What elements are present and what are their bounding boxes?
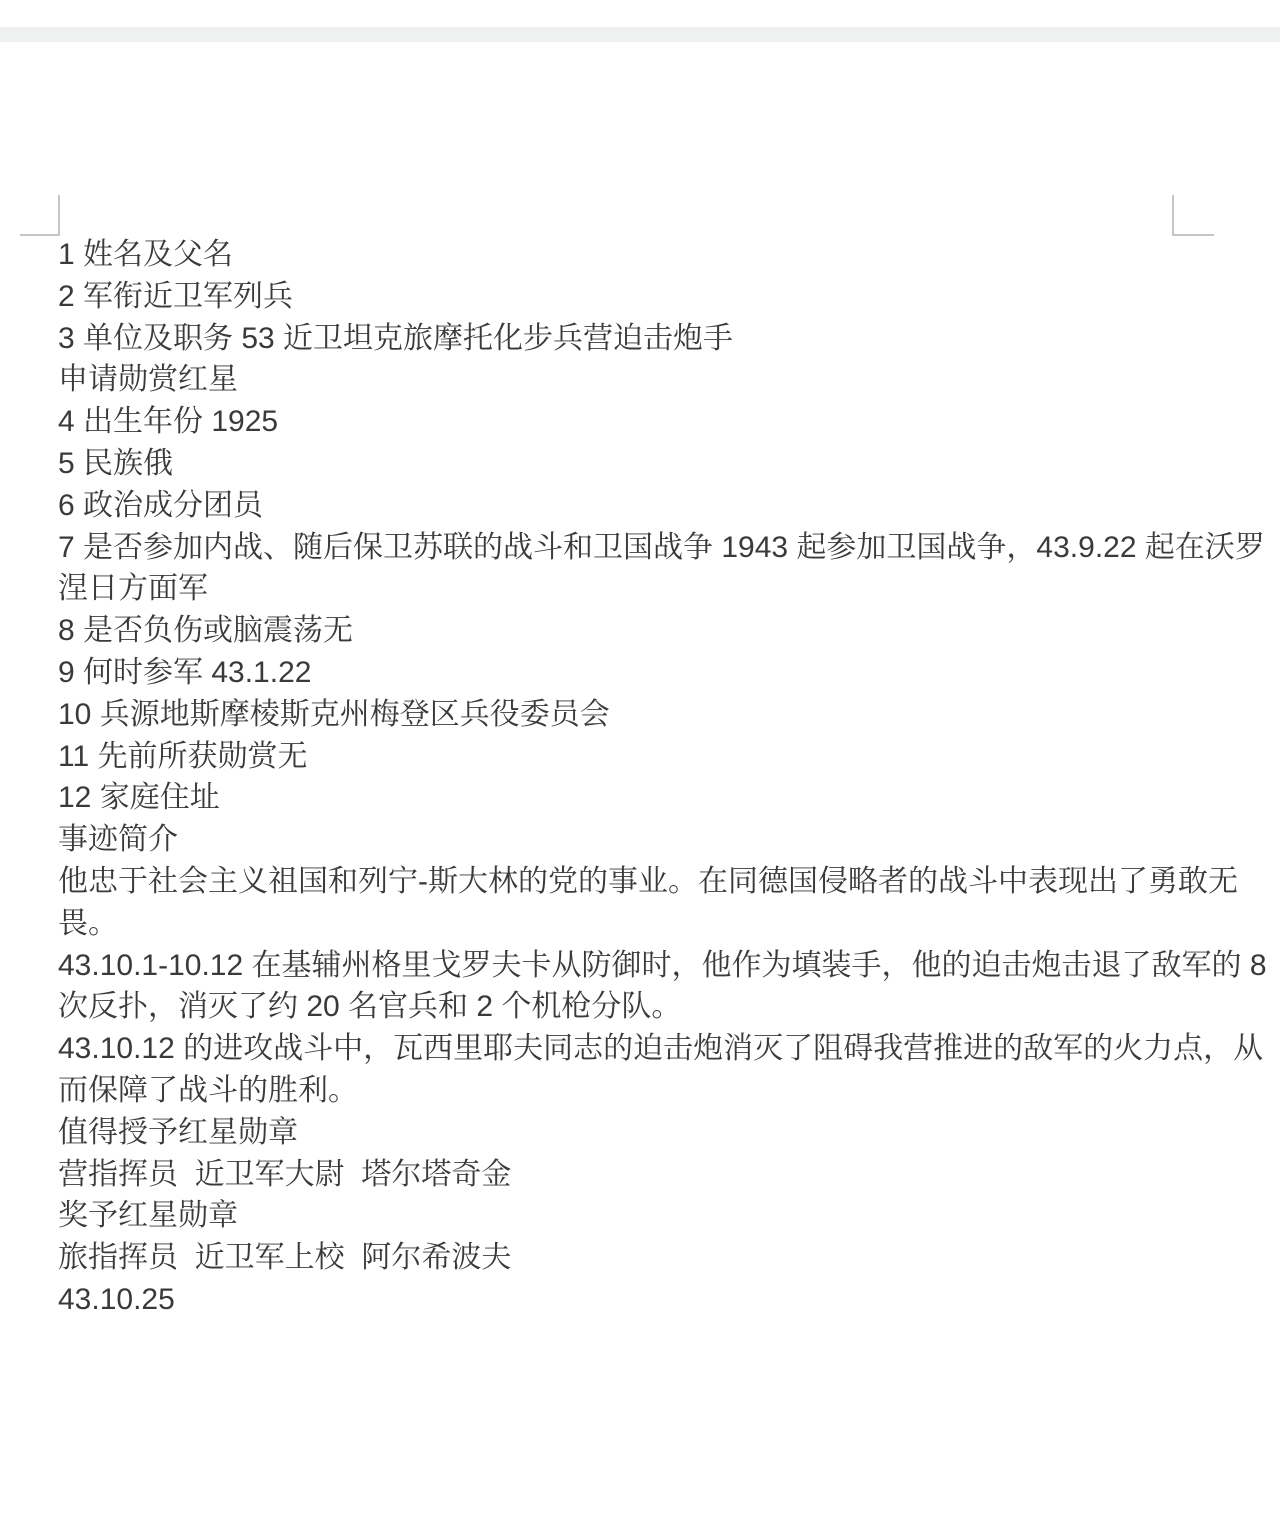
top-band [0,27,1280,42]
document-line: 旅指挥员 近卫军上校 阿尔希波夫 [58,1237,1218,1279]
document-line: 他忠于社会主义祖国和列宁-斯大林的党的事业。在同德国侵略者的战斗中表现出了勇敢无 [58,861,1218,903]
document-line: 次反扑，消灭了约 20 名官兵和 2 个机枪分队。 [58,986,1218,1028]
document-line: 11 先前所获勋赏无 [58,736,1218,778]
document-line: 43.10.12 的进攻战斗中，瓦西里耶夫同志的迫击炮消灭了阻碍我营推进的敌军的… [58,1028,1218,1070]
document-line: 值得授予红星勋章 [58,1112,1218,1154]
page-corner-mark-left [20,195,60,236]
document-line: 9 何时参军 43.1.22 [58,652,1218,694]
document-line: 4 出生年份 1925 [58,401,1218,443]
document-line: 6 政治成分团员 [58,485,1218,527]
document-line: 事迹简介 [58,819,1218,861]
document-line: 奖予红星勋章 [58,1195,1218,1237]
document-line: 而保障了战斗的胜利。 [58,1070,1218,1112]
document-line: 涅日方面军 [58,568,1218,610]
document-line: 43.10.1-10.12 在基辅州格里戈罗夫卡从防御时，他作为填装手，他的迫击… [58,945,1218,987]
document-line: 43.10.25 [58,1279,1218,1321]
document-line: 8 是否负伤或脑震荡无 [58,610,1218,652]
document-line: 12 家庭住址 [58,777,1218,819]
document-page: 1 姓名及父名 2 军衔近卫军列兵 3 单位及职务 53 近卫坦克旅摩托化步兵营… [0,0,1280,1537]
document-line: 3 单位及职务 53 近卫坦克旅摩托化步兵营迫击炮手 [58,318,1218,360]
document-body: 1 姓名及父名 2 军衔近卫军列兵 3 单位及职务 53 近卫坦克旅摩托化步兵营… [58,234,1218,1321]
document-line: 2 军衔近卫军列兵 [58,276,1218,318]
document-line: 10 兵源地斯摩棱斯克州梅登区兵役委员会 [58,694,1218,736]
document-line: 1 姓名及父名 [58,234,1218,276]
document-line: 营指挥员 近卫军大尉 塔尔塔奇金 [58,1154,1218,1196]
document-line: 7 是否参加内战、随后保卫苏联的战斗和卫国战争 1943 起参加卫国战争，43.… [58,527,1218,569]
document-line: 申请勋赏红星 [58,359,1218,401]
document-line: 畏。 [58,903,1218,945]
page-corner-mark-right [1172,195,1214,236]
document-line: 5 民族俄 [58,443,1218,485]
